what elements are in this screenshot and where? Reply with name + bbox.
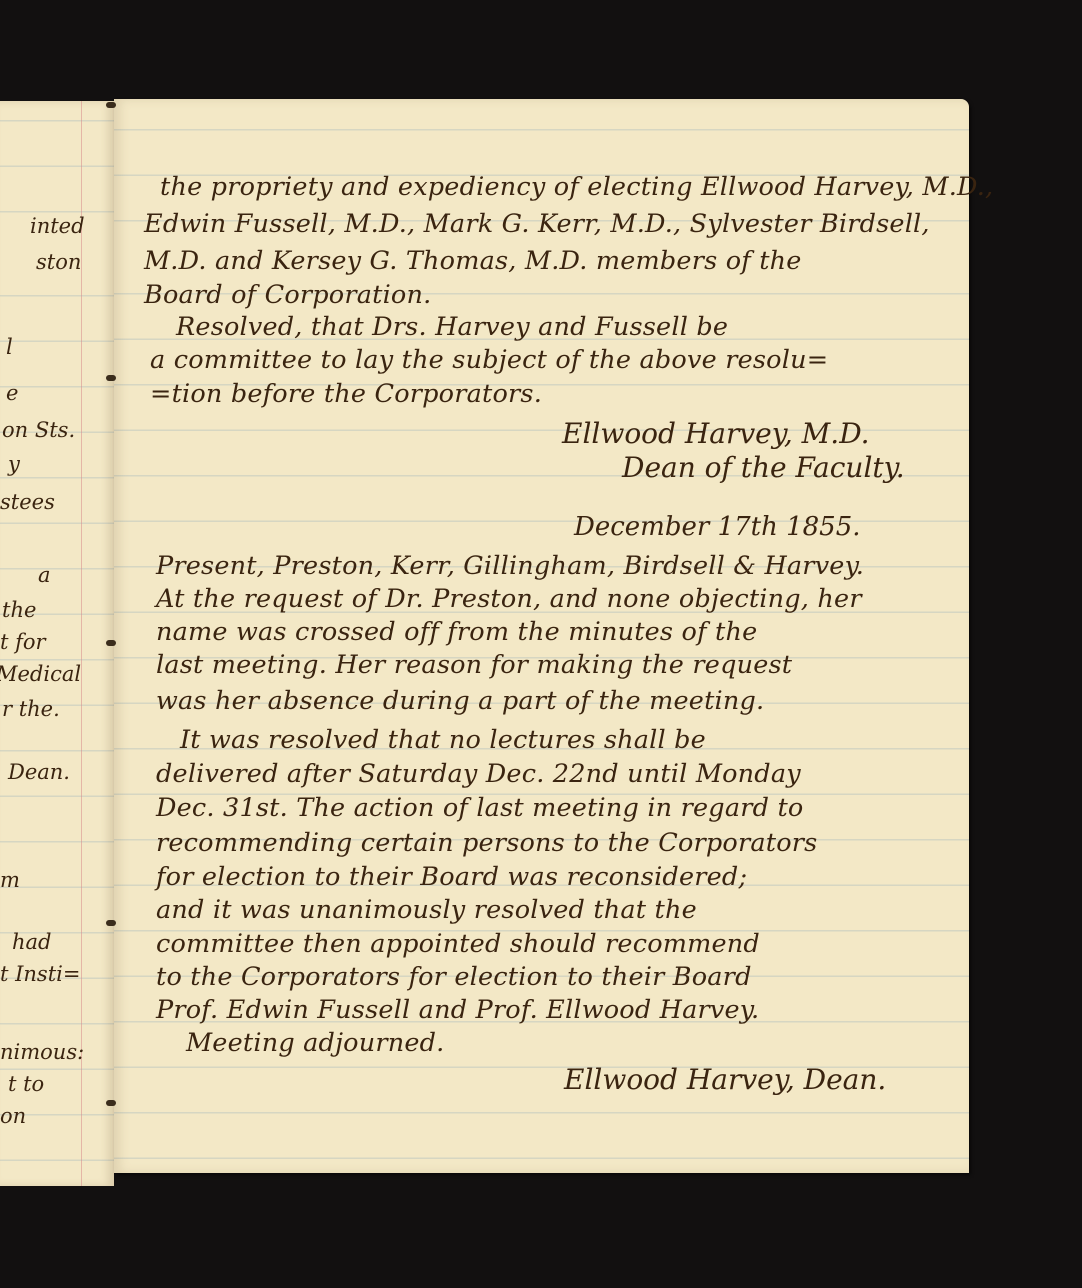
fragment: l (6, 335, 13, 359)
fragment: nimous: (0, 1040, 84, 1064)
binding-stitch (106, 1100, 116, 1106)
fragment: t Insti= (0, 962, 80, 986)
binding-stitch (106, 640, 116, 646)
text-line: a committee to lay the subject of the ab… (150, 345, 828, 375)
text-line: Edwin Fussell, M.D., Mark G. Kerr, M.D.,… (144, 209, 930, 239)
text-line: Present, Preston, Kerr, Gillingham, Bird… (156, 551, 864, 581)
signature: Ellwood Harvey, Dean. (564, 1063, 886, 1096)
left-page: inted ston l e on Sts. y stees a the t f… (0, 101, 114, 1186)
text-line: It was resolved that no lectures shall b… (180, 725, 706, 755)
fragment: Medical (0, 662, 81, 686)
fragment: y (8, 452, 20, 476)
text-line: recommending certain persons to the Corp… (156, 828, 817, 858)
text-line: M.D. and Kersey G. Thomas, M.D. members … (144, 246, 802, 276)
text-line: committee then appointed should recommen… (156, 929, 760, 959)
text-line: name was crossed off from the minutes of… (156, 617, 757, 647)
fragment: t for (0, 630, 46, 654)
text-line: =tion before the Corporators. (150, 379, 542, 409)
right-page: the propriety and expediency of electing… (114, 99, 969, 1173)
text-line: Dec. 31st. The action of last meeting in… (156, 793, 803, 823)
text-line: Resolved, that Drs. Harvey and Fussell b… (176, 312, 728, 342)
binding-stitch (106, 920, 116, 926)
text-line: the propriety and expediency of electing… (160, 172, 993, 202)
text-line: Meeting adjourned. (186, 1028, 445, 1058)
fragment: stees (0, 490, 55, 514)
binding-stitch (106, 102, 116, 108)
text-line: delivered after Saturday Dec. 22nd until… (156, 759, 801, 789)
signature: Ellwood Harvey, M.D. (562, 417, 870, 450)
fragment: t to (8, 1072, 44, 1096)
fragment: had (12, 930, 52, 954)
binding-stitch (106, 375, 116, 381)
fragment: r the. (2, 697, 60, 721)
text-line: At the request of Dr. Preston, and none … (156, 584, 862, 614)
text-line: to the Corporators for election to their… (156, 962, 752, 992)
text-line: and it was unanimously resolved that the (156, 895, 697, 925)
text-line: was her absence during a part of the mee… (156, 686, 764, 716)
fragment: Dean. (8, 760, 70, 784)
fragment: on Sts. (2, 418, 75, 442)
text-line: Prof. Edwin Fussell and Prof. Ellwood Ha… (156, 995, 759, 1025)
fragment: inted (30, 214, 85, 238)
fragment: ston (36, 250, 81, 274)
fragment: e (6, 381, 18, 405)
text-line: for election to their Board was reconsid… (156, 862, 747, 892)
signature-title: Dean of the Faculty. (622, 451, 905, 484)
text-line: Board of Corporation. (144, 280, 431, 310)
fragment: the (2, 598, 36, 622)
fragment: m (0, 868, 20, 892)
fragment: a (38, 563, 51, 587)
fragment: on (0, 1104, 26, 1128)
entry-date: December 17th 1855. (574, 512, 861, 542)
text-line: last meeting. Her reason for making the … (156, 650, 792, 680)
